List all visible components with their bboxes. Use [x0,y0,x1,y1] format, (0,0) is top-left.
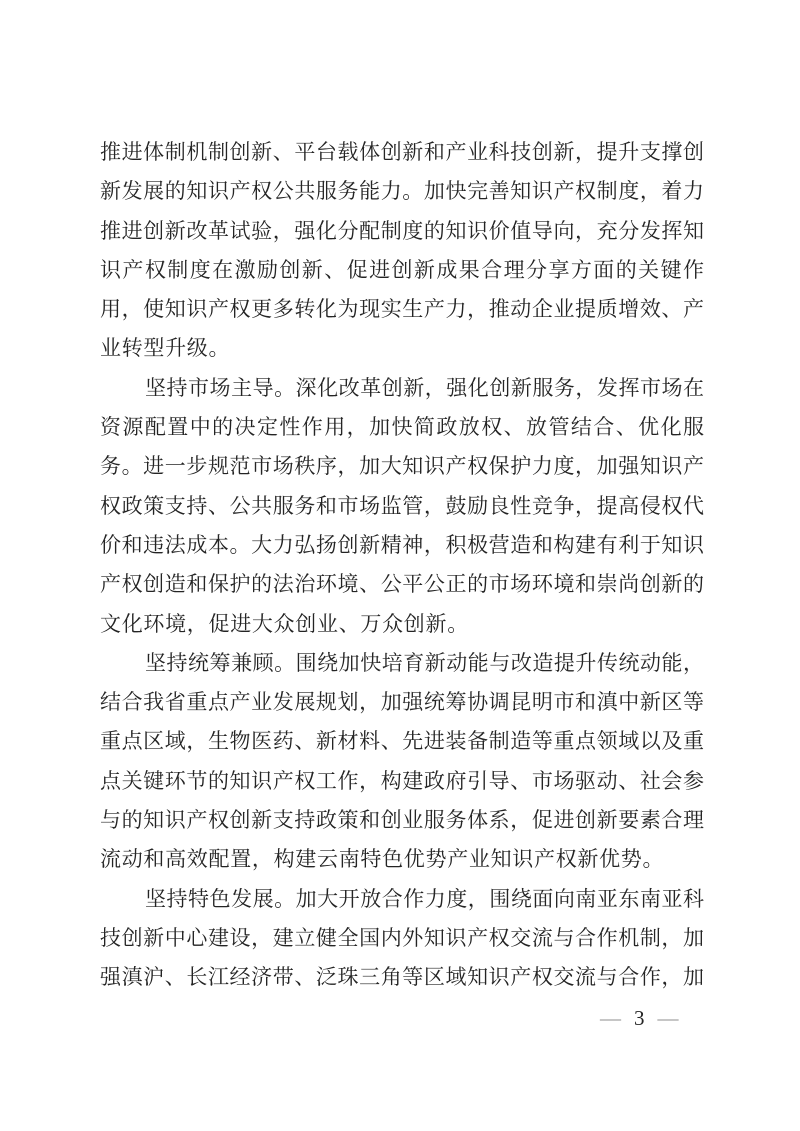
text-line: 新发展的知识产权公共服务能力。加快完善知识产权制度，着力 [100,172,704,211]
text-line: 推进创新改革试验，强化分配制度的知识价值导向，充分发挥知 [100,212,704,251]
page-number: 3 [634,1006,645,1031]
document-body: 推进体制机制创新、平台载体创新和产业科技创新，提升支撑创新发展的知识产权公共服务… [100,133,704,998]
text-line: 坚持统筹兼顾。围绕加快培育新动能与改造提升传统动能， [100,644,704,683]
paragraph: 推进体制机制创新、平台载体创新和产业科技创新，提升支撑创新发展的知识产权公共服务… [100,133,704,369]
text-line: 强滇沪、长江经济带、泛珠三角等区域知识产权交流与合作，加 [100,958,704,997]
text-line: 与的知识产权创新支持政策和创业服务体系，促进创新要素合理 [100,801,704,840]
text-line: 坚持市场主导。深化改革创新，强化创新服务，发挥市场在 [100,369,704,408]
text-line: 流动和高效配置，构建云南特色优势产业知识产权新优势。 [100,840,704,879]
paragraph: 坚持特色发展。加大开放合作力度，围绕面向南亚东南亚科技创新中心建设，建立健全国内… [100,880,704,998]
page-footer: — 3 — [600,1006,679,1031]
text-line: 点关键环节的知识产权工作，构建政府引导、市场驱动、社会参 [100,762,704,801]
text-line: 结合我省重点产业发展规划，加强统筹协调昆明市和滇中新区等 [100,683,704,722]
text-line: 权政策支持、公共服务和市场监管，鼓励良性竞争，提高侵权代 [100,487,704,526]
text-line: 技创新中心建设，建立健全国内外知识产权交流与合作机制，加 [100,919,704,958]
text-line: 推进体制机制创新、平台载体创新和产业科技创新，提升支撑创 [100,133,704,172]
text-line: 资源配置中的决定性作用，加快简政放权、放管结合、优化服 [100,408,704,447]
text-line: 用，使知识产权更多转化为现实生产力，推动企业提质增效、产 [100,290,704,329]
text-line: 识产权制度在激励创新、促进创新成果合理分享方面的关键作 [100,251,704,290]
document-page: 推进体制机制创新、平台载体创新和产业科技创新，提升支撑创新发展的知识产权公共服务… [0,0,800,1131]
paragraph: 坚持市场主导。深化改革创新，强化创新服务，发挥市场在资源配置中的决定性作用，加快… [100,369,704,644]
paragraph: 坚持统筹兼顾。围绕加快培育新动能与改造提升传统动能，结合我省重点产业发展规划，加… [100,644,704,880]
text-line: 文化环境，促进大众创业、万众创新。 [100,605,704,644]
page-number-left-dash: — [600,1006,621,1031]
text-line: 业转型升级。 [100,329,704,368]
text-line: 重点区域，生物医药、新材料、先进装备制造等重点领域以及重 [100,722,704,761]
text-line: 务。进一步规范市场秩序，加大知识产权保护力度，加强知识产 [100,447,704,486]
text-line: 产权创造和保护的法治环境、公平公正的市场环境和崇尚创新的 [100,565,704,604]
page-number-right-dash: — [658,1006,679,1031]
text-line: 价和违法成本。大力弘扬创新精神，积极营造和构建有利于知识 [100,526,704,565]
text-line: 坚持特色发展。加大开放合作力度，围绕面向南亚东南亚科 [100,880,704,919]
